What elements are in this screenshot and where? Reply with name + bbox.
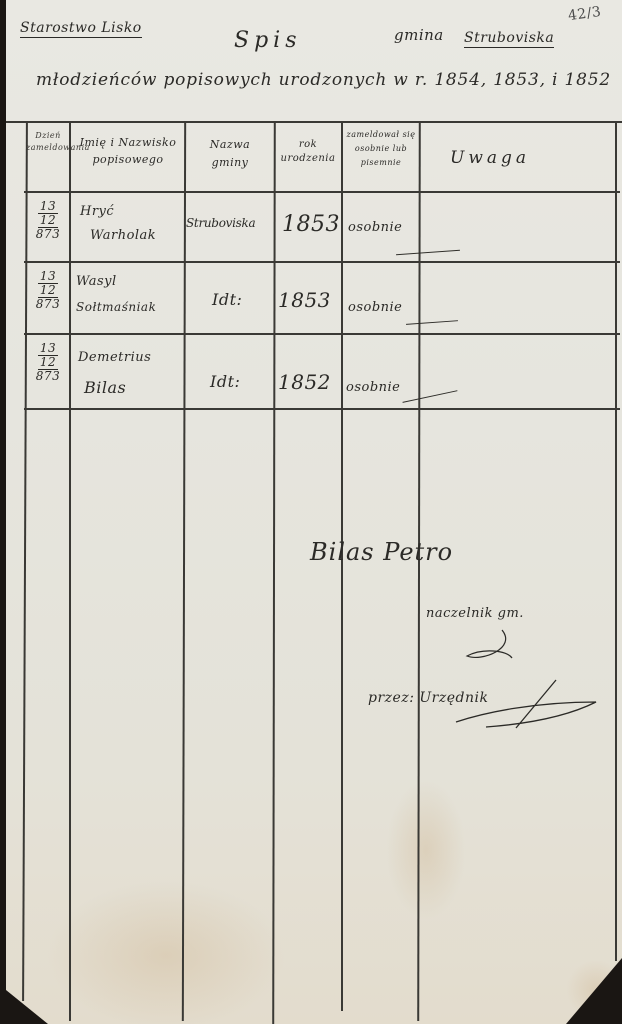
reported-cell: osobnie xyxy=(348,300,402,315)
table-row: 13 12 873 xyxy=(26,270,70,311)
birth-year-cell: 1853 xyxy=(282,212,340,237)
signature-name: Bilas Petro xyxy=(310,538,453,566)
column-header-reported: zameldował się osobnie lub pisemnie xyxy=(344,128,418,170)
signature-flourish-icon xyxy=(446,672,606,732)
recruit-first-name: Hryć xyxy=(80,204,114,219)
water-stain xyxy=(566,960,622,1020)
header-bottom-rule xyxy=(24,191,620,193)
column-rule xyxy=(341,121,343,1011)
recruit-first-name: Demetrius xyxy=(78,350,151,365)
column-rule xyxy=(272,121,275,1024)
birth-year-cell: 1852 xyxy=(278,370,331,394)
commune-label: gmina xyxy=(394,26,444,44)
column-rule xyxy=(22,121,27,1001)
entry-date: 13 12 873 xyxy=(26,200,70,241)
recruit-last-name: Bilas xyxy=(84,378,126,397)
recruit-last-name: Warholak xyxy=(90,228,156,243)
row-divider xyxy=(24,261,620,263)
table-top-rule xyxy=(6,121,622,123)
table-row: 13 12 873 xyxy=(26,342,70,383)
district-label: Starostwo Lisko xyxy=(20,20,142,38)
column-rule xyxy=(615,121,617,961)
entry-date: 13 12 873 xyxy=(26,342,70,383)
commune-ditto-cell: Idt: xyxy=(212,290,242,309)
column-rule xyxy=(417,121,420,1021)
recruit-last-name: Sołtmaśniak xyxy=(76,300,156,314)
check-mark xyxy=(402,390,457,403)
check-mark xyxy=(406,320,458,325)
signature-role: naczelnik gm. xyxy=(426,606,524,621)
column-header-commune: Nazwa gminy xyxy=(190,136,270,172)
reported-cell: osobnie xyxy=(348,220,402,235)
water-stain xyxy=(46,880,286,1024)
commune-name: Struboviska xyxy=(464,30,554,48)
document-title: Spis xyxy=(234,28,301,53)
commune-ditto-cell: Idt: xyxy=(210,372,240,391)
recruit-first-name: Wasyl xyxy=(76,274,117,289)
archive-number: 42/3 xyxy=(567,4,602,25)
role-flourish-icon xyxy=(462,628,522,664)
ledger-page: Starostwo Lisko Spis gmina Struboviska 4… xyxy=(6,0,622,1024)
column-header-name: Imię i Nazwisko popisowego xyxy=(72,134,184,168)
birth-year-cell: 1853 xyxy=(278,288,331,312)
column-rule xyxy=(182,121,186,1021)
column-rule xyxy=(69,121,71,1021)
row-divider xyxy=(24,333,620,335)
commune-name-cell: Struboviska xyxy=(186,216,255,230)
row-divider xyxy=(24,408,620,410)
column-header-date: Dzień zameldowania xyxy=(26,130,70,154)
check-mark xyxy=(396,250,460,256)
document-subtitle: młodzieńców popisowych urodzonych w r. 1… xyxy=(36,70,611,90)
table-row: 13 12 873 xyxy=(26,200,70,241)
water-stain xyxy=(386,780,466,920)
reported-cell: osobnie xyxy=(346,380,400,395)
entry-date: 13 12 873 xyxy=(26,270,70,311)
column-header-birth-year: rok urodzenia xyxy=(278,138,338,166)
column-header-remarks: Uwaga xyxy=(450,148,530,168)
